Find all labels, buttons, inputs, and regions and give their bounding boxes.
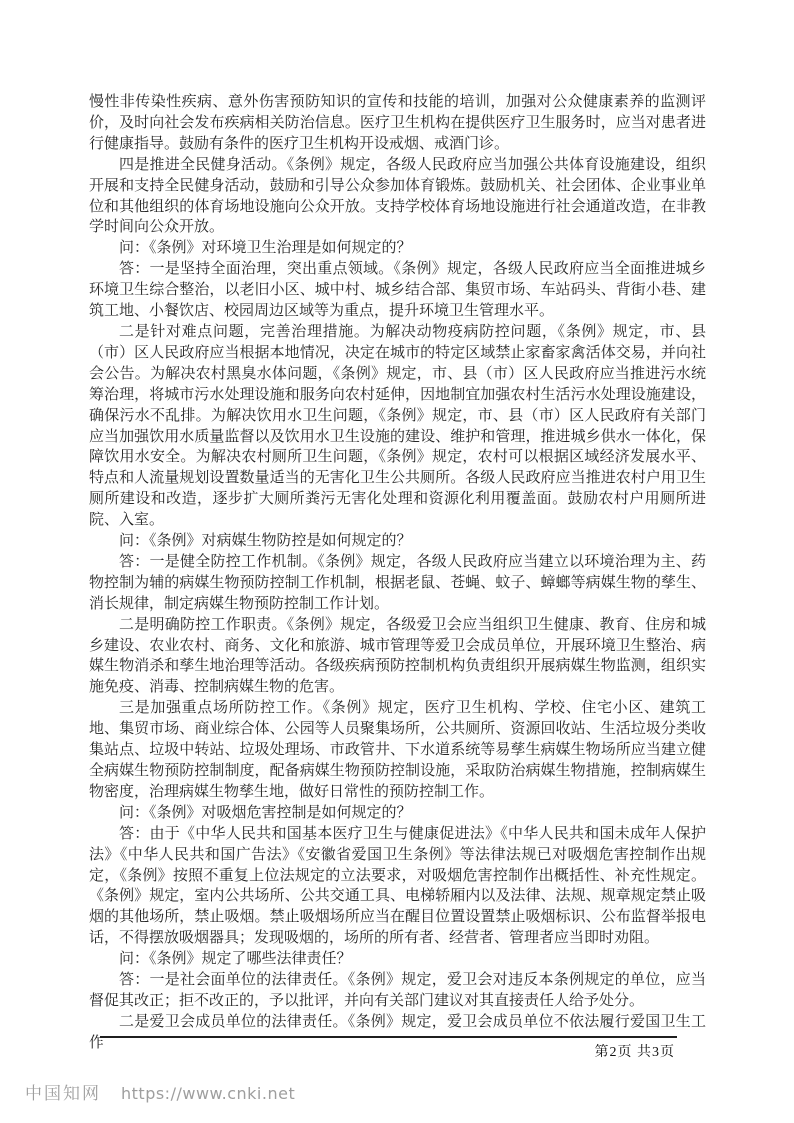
paragraph: 答：一是健全防控工作机制。《条例》规定，各级人民政府应当建立以环境治理为主、药物… (89, 552, 706, 615)
document-body: 慢性非传染性疾病、意外伤害预防知识的宣传和技能的培训，加强对公众健康素养的监测评… (89, 92, 706, 1054)
paragraph: 问：《条例》对吸烟危害控制是如何规定的？ (89, 803, 706, 824)
paragraph: 答：一是坚持全面治理，突出重点领域。《条例》规定，各级人民政府应当全面推进城乡环… (89, 259, 706, 322)
paragraph: 答：一是社会面单位的法律责任。《条例》规定，爱卫会对违反本条例规定的单位，应当督… (89, 970, 706, 1012)
paragraph: 二是针对难点问题，完善治理措施。为解决动物疫病防控问题，《条例》规定，市、县（市… (89, 322, 706, 531)
paragraph: 慢性非传染性疾病、意外伤害预防知识的宣传和技能的培训，加强对公众健康素养的监测评… (89, 92, 706, 155)
cnki-watermark: 中国知网 https://www.cnki.net (25, 1079, 295, 1104)
paragraph: 三是加强重点场所防控工作。《条例》规定，医疗卫生机构、学校、住宅小区、建筑工地、… (89, 698, 706, 803)
footer-rule (100, 1036, 677, 1038)
paragraph: 答：由于《中华人民共和国基本医疗卫生与健康促进法》《中华人民共和国未成年人保护法… (89, 824, 706, 949)
paragraph: 问：《条例》对病媒生物防控是如何规定的？ (89, 531, 706, 552)
paragraph: 四是推进全民健身活动。《条例》规定，各级人民政府应当加强公共体育设施建设，组织开… (89, 155, 706, 239)
cnki-url: https://www.cnki.net (121, 1084, 295, 1103)
paragraph: 问：《条例》对环境卫生治理是如何规定的？ (89, 238, 706, 259)
cnki-logo-text: 中国知网 (25, 1079, 101, 1104)
paragraph: 问：《条例》规定了哪些法律责任？ (89, 949, 706, 970)
page-number: 第2页 共3页 (595, 1041, 676, 1061)
document-page: 慢性非传染性疾病、意外伤害预防知识的宣传和技能的培训，加强对公众健康素养的监测评… (0, 0, 794, 1123)
paragraph: 二是明确防控工作职责。《条例》规定，各级爱卫会应当组织卫生健康、教育、住房和城乡… (89, 615, 706, 699)
